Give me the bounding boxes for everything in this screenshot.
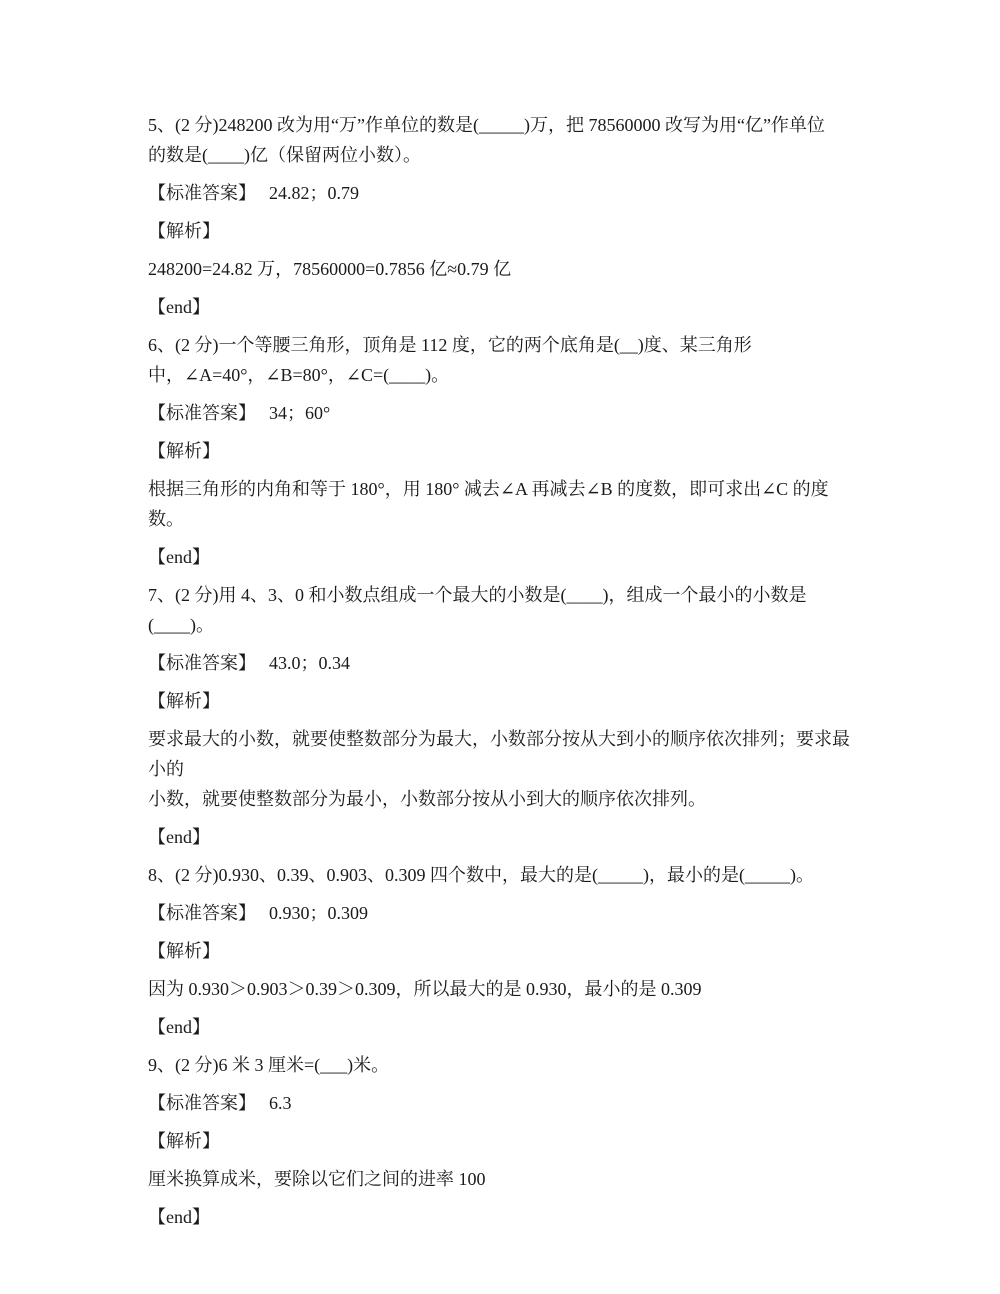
analysis-text: 要求最大的小数，就要使整数部分为最大，小数部分按从大到小的顺序依次排列；要求最小… xyxy=(148,724,863,814)
answer-line: 【标准答案】34；60° xyxy=(148,398,863,428)
analysis-label: 【解析】 xyxy=(148,936,863,966)
answer-value: 34；60° xyxy=(269,403,330,423)
end-marker: 【end】 xyxy=(148,1202,863,1232)
end-marker: 【end】 xyxy=(148,292,863,322)
analysis-text: 因为 0.930＞0.903＞0.39＞0.309，所以最大的是 0.930，最… xyxy=(148,974,863,1004)
answer-line: 【标准答案】43.0；0.34 xyxy=(148,648,863,678)
answer-line: 【标准答案】0.930；0.309 xyxy=(148,898,863,928)
answer-line: 【标准答案】6.3 xyxy=(148,1088,863,1118)
question-5-block: 5、(2 分)248200 改为用“万”作单位的数是(_____)万，把 785… xyxy=(148,110,863,322)
end-marker: 【end】 xyxy=(148,822,863,852)
worksheet-page: 5、(2 分)248200 改为用“万”作单位的数是(_____)万，把 785… xyxy=(148,110,863,1240)
question-text: 9、(2 分)6 米 3 厘米=(___)米。 xyxy=(148,1050,863,1080)
answer-label: 【标准答案】 xyxy=(148,403,256,423)
analysis-text: 根据三角形的内角和等于 180°，用 180° 减去∠A 再减去∠B 的度数，即… xyxy=(148,474,863,534)
analysis-label: 【解析】 xyxy=(148,436,863,466)
analysis-text: 248200=24.82 万，78560000=0.7856 亿≈0.79 亿 xyxy=(148,254,863,284)
answer-label: 【标准答案】 xyxy=(148,653,256,673)
analysis-label: 【解析】 xyxy=(148,686,863,716)
end-marker: 【end】 xyxy=(148,1012,863,1042)
question-text: 7、(2 分)用 4、3、0 和小数点组成一个最大的小数是(____)，组成一个… xyxy=(148,580,863,640)
question-text: 5、(2 分)248200 改为用“万”作单位的数是(_____)万，把 785… xyxy=(148,110,863,170)
answer-label: 【标准答案】 xyxy=(148,1093,256,1113)
end-marker: 【end】 xyxy=(148,542,863,572)
question-9-block: 9、(2 分)6 米 3 厘米=(___)米。 【标准答案】6.3 【解析】 厘… xyxy=(148,1050,863,1232)
answer-value: 43.0；0.34 xyxy=(269,653,350,673)
analysis-text: 厘米换算成米，要除以它们之间的进率 100 xyxy=(148,1164,863,1194)
question-text: 8、(2 分)0.930、0.39、0.903、0.309 四个数中，最大的是(… xyxy=(148,860,863,890)
answer-value: 0.930；0.309 xyxy=(269,903,368,923)
analysis-label: 【解析】 xyxy=(148,1126,863,1156)
answer-value: 24.82；0.79 xyxy=(269,183,359,203)
analysis-label: 【解析】 xyxy=(148,216,863,246)
answer-label: 【标准答案】 xyxy=(148,183,256,203)
question-8-block: 8、(2 分)0.930、0.39、0.903、0.309 四个数中，最大的是(… xyxy=(148,860,863,1042)
answer-label: 【标准答案】 xyxy=(148,903,256,923)
question-text: 6、(2 分)一个等腰三角形，顶角是 112 度，它的两个底角是(__)度、某三… xyxy=(148,330,863,390)
question-7-block: 7、(2 分)用 4、3、0 和小数点组成一个最大的小数是(____)，组成一个… xyxy=(148,580,863,852)
answer-value: 6.3 xyxy=(269,1093,292,1113)
answer-line: 【标准答案】24.82；0.79 xyxy=(148,178,863,208)
question-6-block: 6、(2 分)一个等腰三角形，顶角是 112 度，它的两个底角是(__)度、某三… xyxy=(148,330,863,572)
